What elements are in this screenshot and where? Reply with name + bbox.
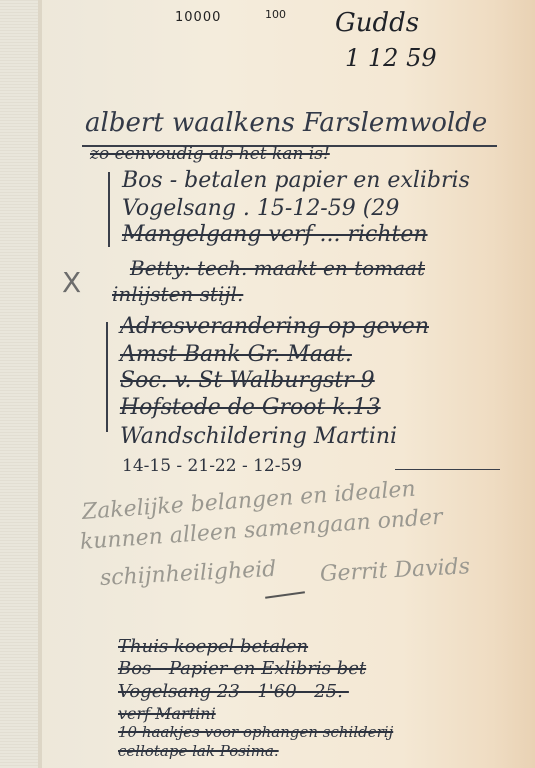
list-item: Vogelsang 23 - 1'60 - 25.- xyxy=(118,681,349,702)
list-item: Wandschildering Martini xyxy=(120,424,397,449)
page-edge xyxy=(38,0,42,768)
list-item: Bos - Papier en Exlibris bet xyxy=(118,658,366,679)
list-item: Soc. v. St Walburgstr 9 xyxy=(120,368,375,393)
signature: Gudds xyxy=(335,8,419,38)
list-item: 14-15 - 21-22 - 12-59 xyxy=(122,456,302,476)
list-1-bar xyxy=(108,172,110,247)
list-item: Vogelsang . 15-12-59 (29 xyxy=(122,196,399,221)
stamp-number-left: 10000 xyxy=(175,10,221,25)
list-item: Bos - betalen papier en exlibris xyxy=(122,168,470,193)
book-binding xyxy=(0,0,39,768)
list-item: Adresverandering op geven xyxy=(120,314,429,339)
list-item: Thuis koepel betalen xyxy=(118,636,308,657)
date-rule xyxy=(395,469,500,470)
page-subtitle: zo eenvoudig als het kan is! xyxy=(90,144,330,164)
list-item: 10 haakjes voor ophangen schilderij xyxy=(118,723,393,741)
stamp-number-right: 100 xyxy=(265,8,286,21)
x-marker: X xyxy=(62,266,81,299)
list-3-bar xyxy=(106,322,108,432)
quote-underline xyxy=(265,591,305,598)
list-item: verf Martini xyxy=(118,704,216,723)
list-item: Betty: tech. maakt en tomaat xyxy=(130,256,425,280)
list-item: cellotape lak Posima. xyxy=(118,742,279,760)
list-item: Hofstede de Groot k.13 xyxy=(120,395,381,420)
signature-date: 1 12 59 xyxy=(345,44,437,72)
quote-author: Gerrit Davids xyxy=(319,554,470,587)
list-item: inlijsten stijl. xyxy=(112,282,243,306)
quote-line: schijnheiligheid xyxy=(99,557,277,591)
list-item: Mangelgang verf ... richten xyxy=(122,222,428,247)
list-item: Amst Bank Gr. Maat. xyxy=(120,342,352,367)
page-title: albert waalkens Farslemwolde xyxy=(85,108,487,138)
